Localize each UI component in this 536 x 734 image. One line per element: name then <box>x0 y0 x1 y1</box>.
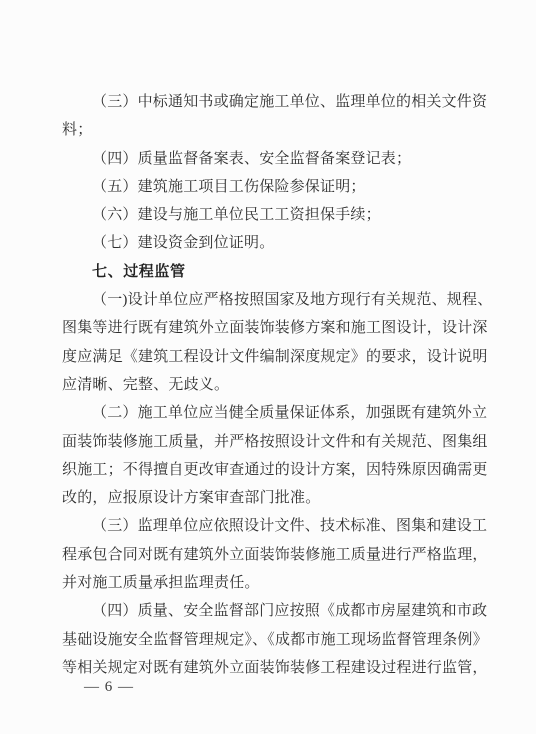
document-line: 基础设施安全监督管理规定》、《成都市施工现场监督管理条例》 <box>62 626 484 654</box>
document-line: 程承包合同对既有建筑外立面装饰装修施工质量进行严格监理， <box>62 541 484 569</box>
document-line: 图集等进行既有建筑外立面装饰装修方案和施工图设计，设计深 <box>62 314 484 342</box>
document-line: （一)设计单位应严格按照国家及地方现行有关规范、规程、 <box>62 286 484 314</box>
document-line: （二）施工单位应当健全质量保证体系，加强既有建筑外立 <box>62 399 484 427</box>
document-line: （五）建筑施工项目工伤保险参保证明； <box>62 173 484 201</box>
document-line: 织施工；不得擅自更改审查通过的设计方案，因特殊原因确需更 <box>62 456 484 484</box>
page-number: — 6 — <box>84 676 134 698</box>
document-line: 料； <box>62 116 484 144</box>
document-line: （四）质量、安全监督部门应按照《成都市房屋建筑和市政 <box>62 597 484 625</box>
document-line: 并对施工质量承担监理责任。 <box>62 569 484 597</box>
document-line: （三）监理单位应依照设计文件、技术标准、图集和建设工 <box>62 512 484 540</box>
document-line: （六）建设与施工单位民工工资担保手续； <box>62 201 484 229</box>
document-line: （七）建设资金到位证明。 <box>62 229 484 257</box>
document-line: （三）中标通知书或确定施工单位、监理单位的相关文件资 <box>62 88 484 116</box>
document-line: （四）质量监督备案表、安全监督备案登记表； <box>62 145 484 173</box>
section-heading: 七、过程监管 <box>62 258 484 286</box>
document-body: （三）中标通知书或确定施工单位、监理单位的相关文件资 料； （四）质量监督备案表… <box>62 88 484 682</box>
document-line: 度应满足《建筑工程设计文件编制深度规定》的要求，设计说明 <box>62 343 484 371</box>
scanned-document-page: （三）中标通知书或确定施工单位、监理单位的相关文件资 料； （四）质量监督备案表… <box>0 0 536 734</box>
document-line: 应清晰、完整、无歧义。 <box>62 371 484 399</box>
document-line: 面装饰装修施工质量，并严格按照设计文件和有关规范、图集组 <box>62 428 484 456</box>
document-line: 改的，应报原设计方案审查部门批准。 <box>62 484 484 512</box>
